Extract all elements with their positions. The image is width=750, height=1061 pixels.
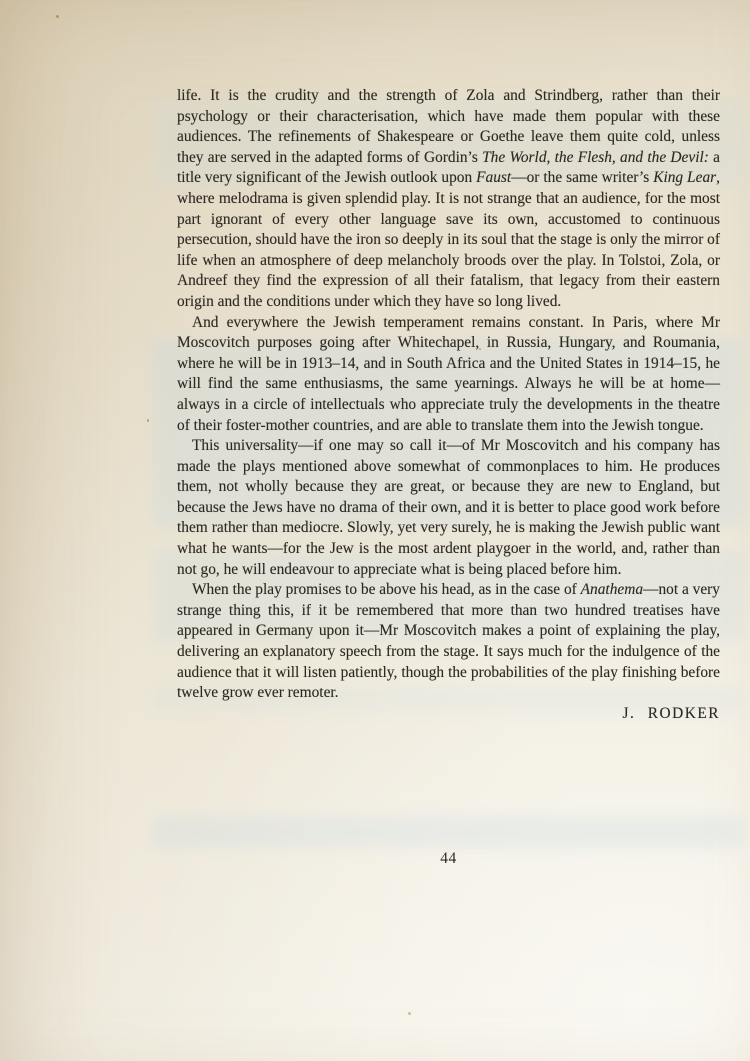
- author-signature: J. RODKER: [177, 704, 720, 725]
- paper-speck: [408, 1012, 411, 1015]
- book-page-scan: life. It is the crudity and the strength…: [0, 0, 750, 1061]
- italic-title: Faust: [476, 169, 511, 186]
- paper-showthrough-band: [152, 816, 744, 848]
- page-number: 44: [177, 850, 720, 868]
- paragraph: life. It is the crudity and the strength…: [177, 86, 720, 313]
- text-block: life. It is the crudity and the strength…: [177, 86, 720, 724]
- italic-title: King Lear: [653, 169, 716, 186]
- paragraph: When the play promises to be above his h…: [177, 580, 720, 704]
- paper-speck: [56, 15, 59, 18]
- paragraph: And everywhere the Jewish temperament re…: [177, 313, 720, 437]
- paper-speck: [147, 419, 149, 422]
- paragraph: This universality—if one may so call it—…: [177, 436, 720, 580]
- italic-title: The World, the Flesh, and the Devil:: [482, 149, 709, 166]
- italic-title: Anathema: [581, 581, 643, 598]
